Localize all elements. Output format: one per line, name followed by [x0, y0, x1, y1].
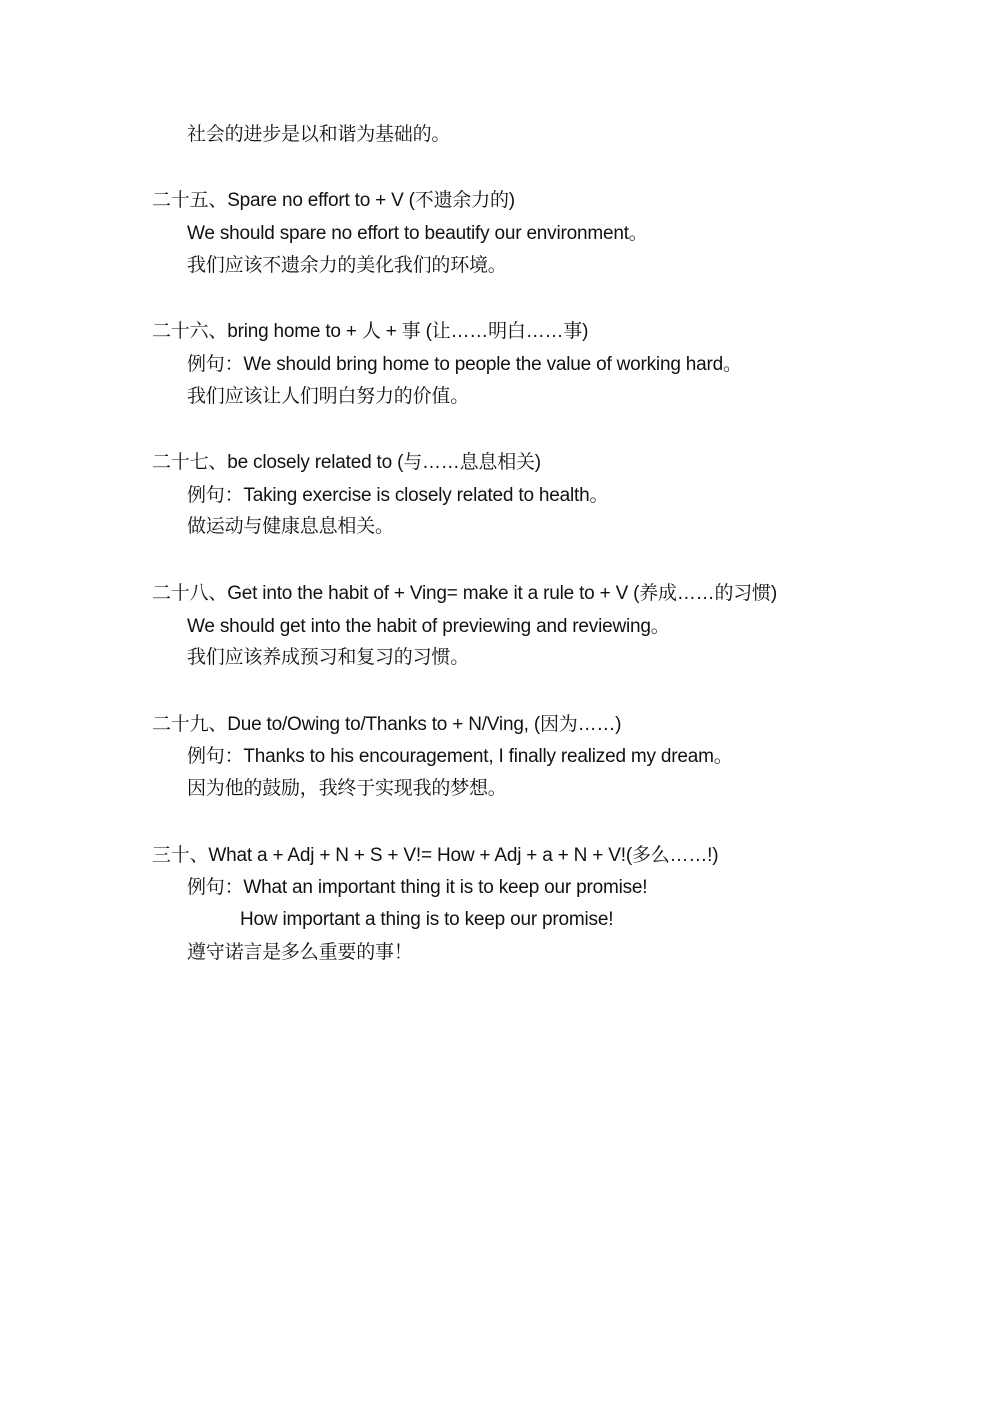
- example-sentence-29: Thanks to his encouragement, I finally r…: [243, 746, 732, 767]
- section-heading-28: 二十八、Get into the habit of + Ving= make i…: [152, 582, 777, 606]
- translation-25: 我们应该不遗余力的美化我们的环境。: [187, 254, 507, 278]
- example-row-26: 例句：We should bring home to people the va…: [187, 353, 742, 377]
- example-sentence-26: We should bring home to people the value…: [243, 354, 741, 375]
- translation-27: 做运动与健康息息相关。: [187, 515, 394, 539]
- document-page: 社会的进步是以和谐为基础的。 二十五、Spare no effort to + …: [0, 0, 1000, 1413]
- example-sentence-30-alt: How important a thing is to keep our pro…: [240, 908, 613, 932]
- translation-26: 我们应该让人们明白努力的价值。: [187, 385, 469, 409]
- example-label: 例句：: [187, 877, 243, 898]
- example-label: 例句：: [187, 485, 243, 506]
- section-heading-30: 三十、What a + Adj + N + S + V!= How + Adj …: [152, 844, 718, 868]
- example-sentence-27: Taking exercise is closely related to he…: [243, 485, 608, 506]
- example-sentence-25: We should spare no effort to beautify ou…: [187, 222, 648, 246]
- intro-line: 社会的进步是以和谐为基础的。: [187, 123, 450, 147]
- example-sentence-30: What an important thing it is to keep ou…: [243, 877, 647, 898]
- translation-29: 因为他的鼓励，我终于实现我的梦想。: [187, 777, 507, 801]
- example-row-30: 例句：What an important thing it is to keep…: [187, 876, 647, 900]
- example-sentence-28: We should get into the habit of previewi…: [187, 615, 670, 639]
- translation-30: 遵守诺言是多么重要的事！: [187, 941, 413, 965]
- example-label: 例句：: [187, 746, 243, 767]
- section-heading-26: 二十六、bring home to + 人 + 事 (让……明白……事): [152, 320, 588, 344]
- example-row-27: 例句：Taking exercise is closely related to…: [187, 484, 608, 508]
- section-heading-27: 二十七、be closely related to (与……息息相关): [152, 451, 541, 475]
- example-row-29: 例句：Thanks to his encouragement, I finall…: [187, 745, 733, 769]
- example-label: 例句：: [187, 354, 243, 375]
- section-heading-29: 二十九、Due to/Owing to/Thanks to + N/Ving, …: [152, 713, 621, 737]
- translation-28: 我们应该养成预习和复习的习惯。: [187, 646, 469, 670]
- section-heading-25: 二十五、Spare no effort to + V (不遗余力的): [152, 189, 515, 213]
